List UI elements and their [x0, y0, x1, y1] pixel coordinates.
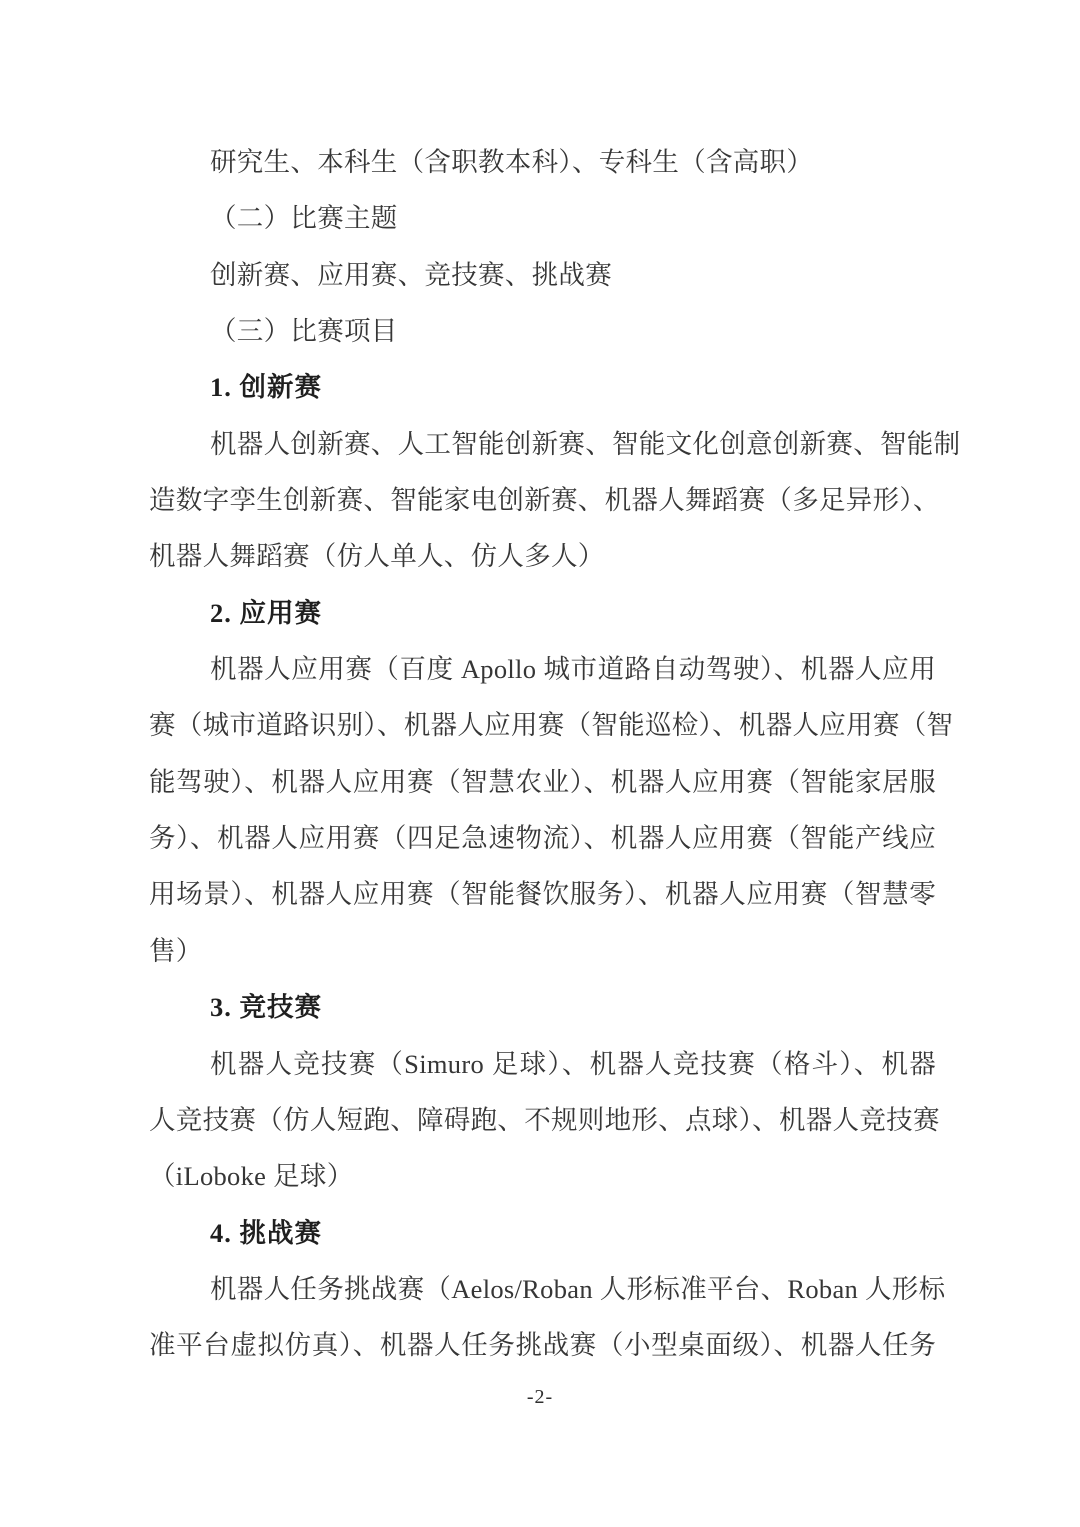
- text-line: 售）: [149, 923, 936, 979]
- text-line: 能驾驶）、机器人应用赛（智慧农业）、机器人应用赛（智能家居服: [149, 754, 936, 810]
- document-page: 研究生、本科生（含职教本科）、专科生（含高职）（二）比赛主题创新赛、应用赛、竞技…: [0, 0, 1080, 1527]
- text-line: 机器人竞技赛（Simuro 足球）、机器人竞技赛（格斗）、机器: [149, 1036, 936, 1092]
- text-line: （三）比赛项目: [149, 303, 936, 359]
- section-heading: 3. 竞技赛: [149, 979, 936, 1035]
- text-line: 准平台虚拟仿真）、机器人任务挑战赛（小型桌面级）、机器人任务: [149, 1317, 936, 1373]
- text-line: 机器人任务挑战赛（Aelos/Roban 人形标准平台、Roban 人形标: [149, 1261, 945, 1317]
- page-number: -2-: [0, 1386, 1080, 1409]
- section-heading: 2. 应用赛: [149, 585, 936, 641]
- text-line: 人竞技赛（仿人短跑、障碍跑、不规则地形、点球）、机器人竞技赛: [149, 1092, 940, 1148]
- text-line: 务）、机器人应用赛（四足急速物流）、机器人应用赛（智能产线应: [149, 810, 936, 866]
- section-heading: 1. 创新赛: [149, 359, 936, 415]
- text-line: 研究生、本科生（含职教本科）、专科生（含高职）: [149, 134, 936, 190]
- text-line: 机器人舞蹈赛（仿人单人、仿人多人）: [149, 528, 936, 584]
- text-line: 机器人应用赛（百度 Apollo 城市道路自动驾驶）、机器人应用: [149, 641, 936, 697]
- text-line: 造数字孪生创新赛、智能家电创新赛、机器人舞蹈赛（多足异形）、: [149, 472, 940, 528]
- text-line: （二）比赛主题: [149, 190, 936, 246]
- text-line: （iLoboke 足球）: [149, 1148, 936, 1204]
- section-heading: 4. 挑战赛: [149, 1205, 936, 1261]
- text-line: 创新赛、应用赛、竞技赛、挑战赛: [149, 247, 936, 303]
- text-line: 机器人创新赛、人工智能创新赛、智能文化创意创新赛、智能制: [149, 416, 960, 472]
- text-line: 用场景）、机器人应用赛（智能餐饮服务）、机器人应用赛（智慧零: [149, 866, 936, 922]
- document-body: 研究生、本科生（含职教本科）、专科生（含高职）（二）比赛主题创新赛、应用赛、竞技…: [149, 134, 936, 1374]
- text-line: 赛（城市道路识别）、机器人应用赛（智能巡检）、机器人应用赛（智: [149, 697, 953, 753]
